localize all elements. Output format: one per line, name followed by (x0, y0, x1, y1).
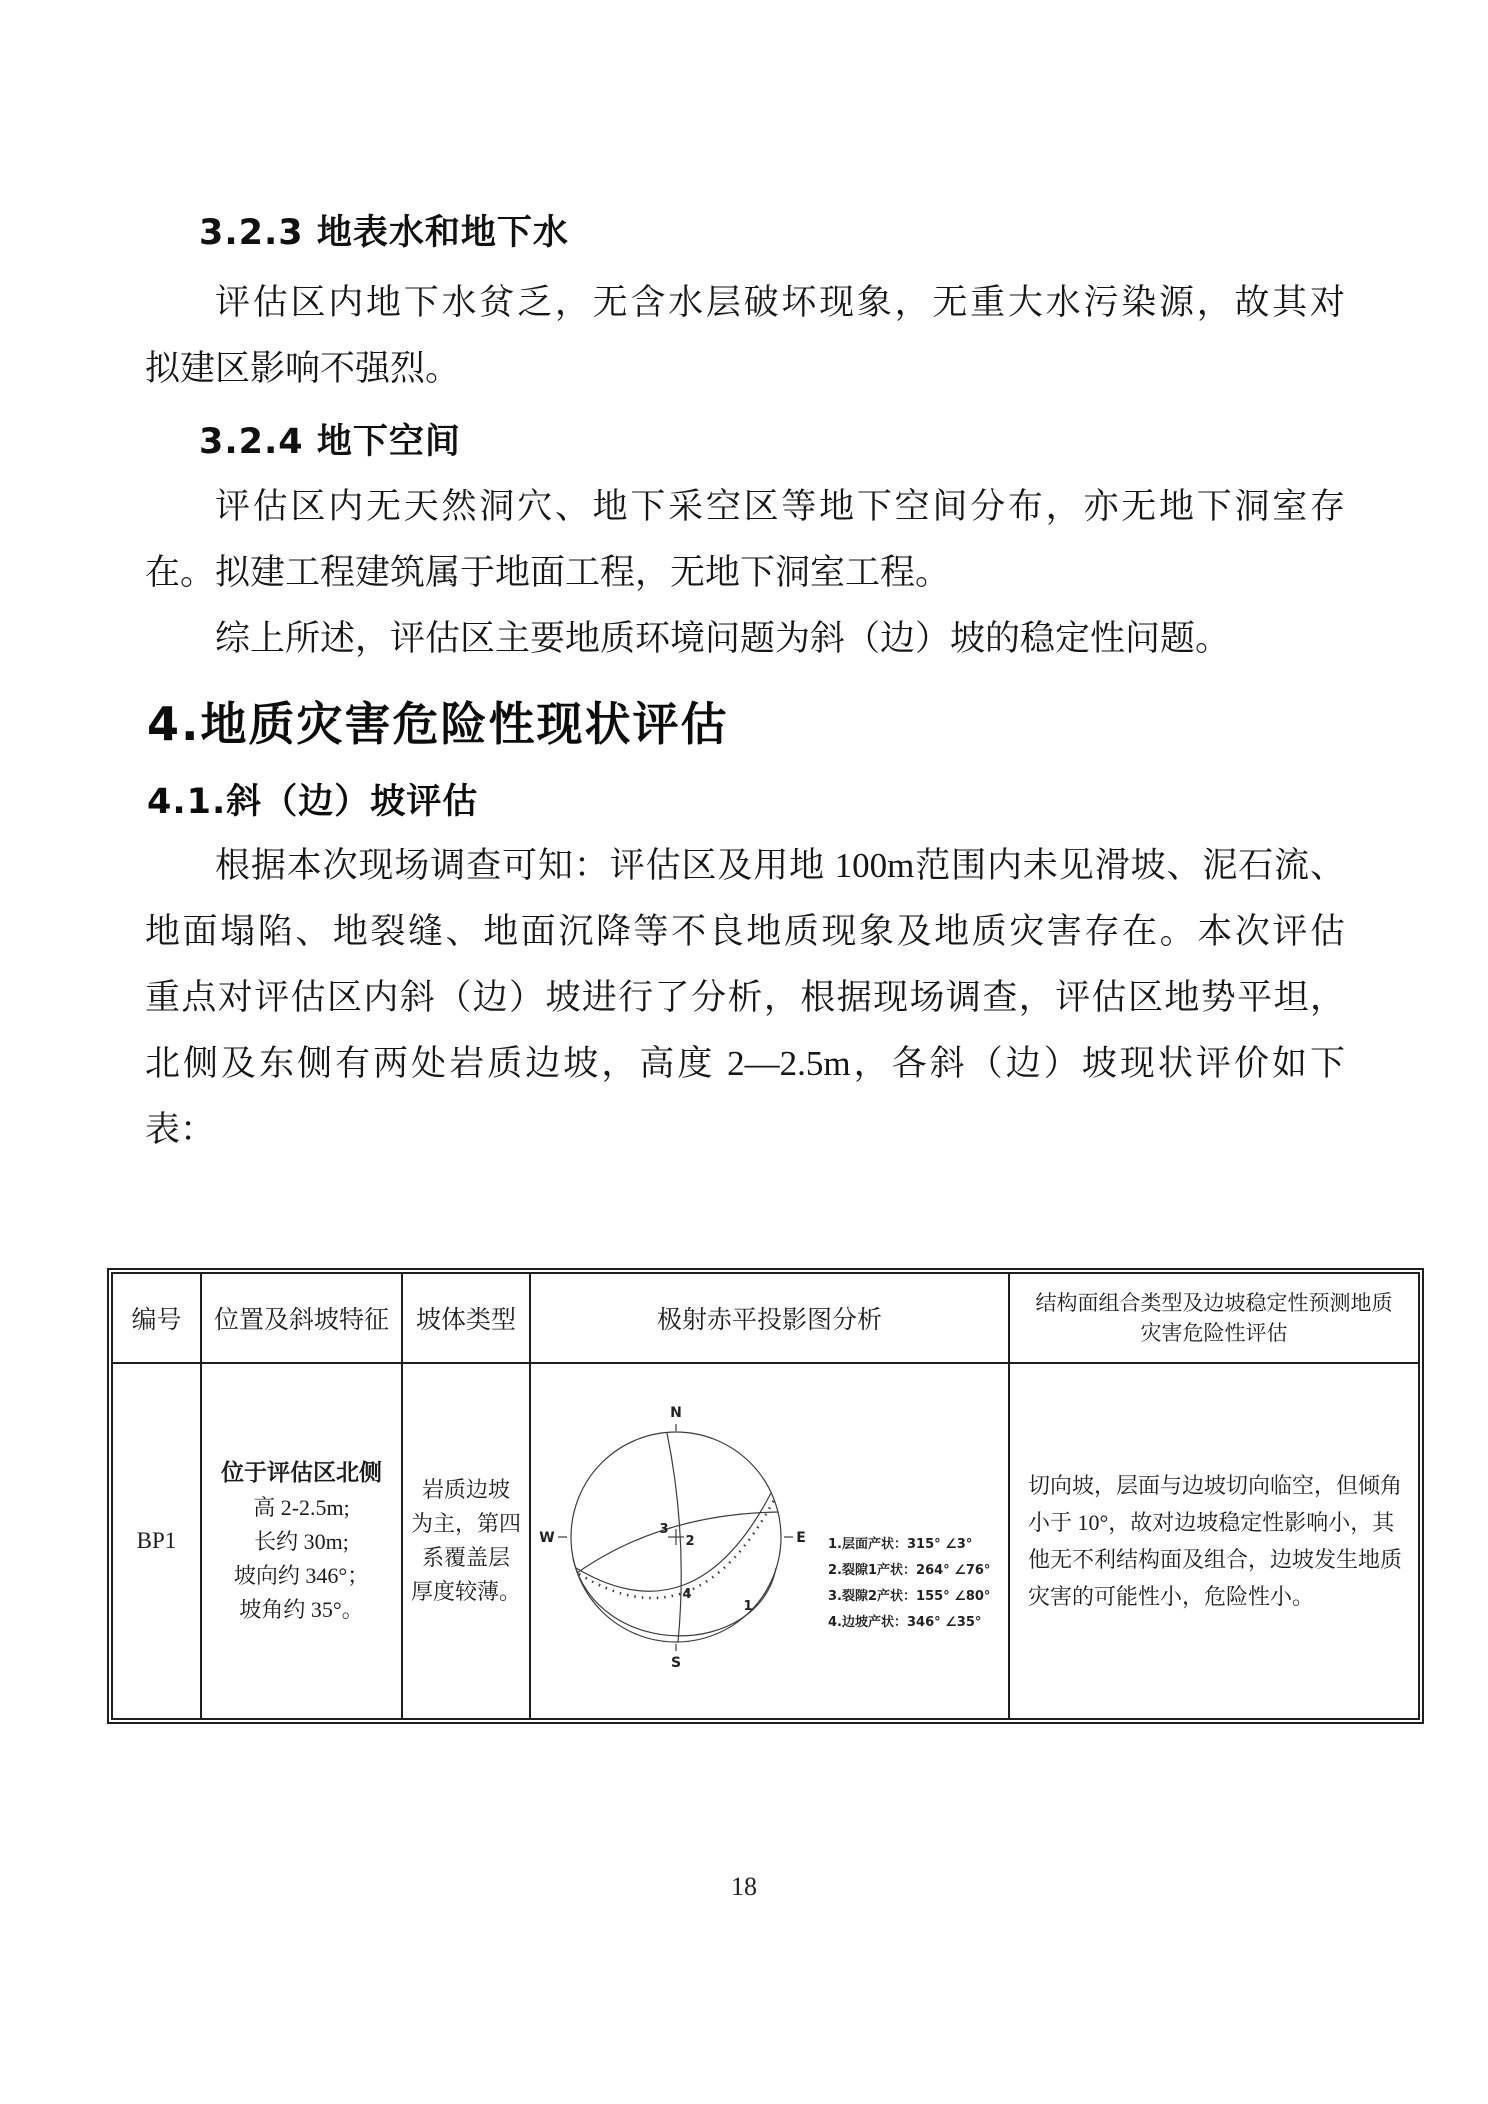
feature-title: 位于评估区北侧 (221, 1455, 382, 1491)
page-number: 18 (0, 1872, 1488, 1902)
pole-label-2: 2 (685, 1534, 694, 1549)
text-line: 为主，第四 (411, 1507, 521, 1541)
text-line: 地面塌陷、地裂缝、地面沉降等不良地质现象及地质灾害存在。本次评估 (145, 899, 1345, 965)
text-line: 评估区内无天然洞穴、地下采空区等地下空间分布，亦无地下洞室存 (145, 474, 1345, 540)
text-line: 系覆盖层 (422, 1541, 510, 1575)
paragraph-slope-survey: 根据本次现场调查可知：评估区及用地 100m范围内未见滑坡、泥石流、 地面塌陷、… (145, 833, 1345, 1163)
paragraph-surface-groundwater: 评估区内地下水贫乏，无含水层破坏现象，无重大水污染源，故其对 拟建区影响不强烈。 (145, 270, 1345, 402)
text-line: 高 2-2.5m; (253, 1491, 350, 1525)
text-line: 根据本次现场调查可知：评估区及用地 100m范围内未见滑坡、泥石流、 (145, 833, 1345, 899)
heading-3-2-3: 3.2.3 地表水和地下水 (199, 213, 569, 253)
stereonet-diagram: N S W E 3 2 4 1 1.层面产状：315° ∠3° 2.裂隙1产状：… (531, 1365, 1006, 1717)
paragraph-underground-space: 评估区内无天然洞穴、地下采空区等地下空间分布，亦无地下洞室存 在。拟建工程建筑属… (145, 474, 1345, 606)
col-header-slope-type: 坡体类型 (403, 1274, 531, 1364)
col-header-id: 编号 (113, 1274, 202, 1364)
pole-label-3: 3 (659, 1522, 668, 1537)
col-header-feature: 位置及斜坡特征 (202, 1274, 403, 1364)
cell-id: BP1 (113, 1364, 202, 1718)
plane-arc-bedding (573, 1559, 776, 1636)
document-page: 3.2.3 地表水和地下水 评估区内地下水贫乏，无含水层破坏现象，无重大水污染源… (0, 0, 1488, 2104)
compass-n-label: N (670, 1405, 682, 1421)
cell-assessment: 切向坡，层面与边坡切向临空，但倾角 小于 10°，故对边坡稳定性影响小，其 他无… (1010, 1364, 1418, 1718)
text-line: 坡角约 35°。 (239, 1593, 363, 1627)
text-line: 坡向约 346°； (234, 1559, 369, 1593)
table-header-row: 编号 位置及斜坡特征 坡体类型 极射赤平投影图分析 结构面组合类型及边坡稳定性预… (113, 1274, 1418, 1364)
paragraph-summary: 综上所述，评估区主要地质环境问题为斜（边）坡的稳定性问题。 (145, 606, 1345, 672)
text-line: 综上所述，评估区主要地质环境问题为斜（边）坡的稳定性问题。 (145, 606, 1345, 672)
cell-stereonet: N S W E 3 2 4 1 1.层面产状：315° ∠3° 2.裂隙1产状：… (531, 1364, 1010, 1718)
text-line: 他无不利结构面及组合，边坡发生地质 (1028, 1541, 1404, 1578)
text-line: 评估区内地下水贫乏，无含水层破坏现象，无重大水污染源，故其对 (145, 270, 1345, 336)
text-line: 北侧及东侧有两处岩质边坡，高度 2—2.5m，各斜（边）坡现状评价如下 (145, 1031, 1345, 1097)
compass-s-label: S (671, 1655, 681, 1671)
compass-w-label: W (539, 1530, 554, 1546)
text-line: 小于 10°，故对边坡稳定性影响小，其 (1028, 1504, 1404, 1541)
col-header-assessment: 结构面组合类型及边坡稳定性预测地质 灾害危险性评估 (1010, 1274, 1418, 1364)
heading-4: 4.地质灾害危险性现状评估 (147, 698, 728, 750)
pole-label-1: 1 (743, 1599, 752, 1614)
legend-line-joint1: 2.裂隙1产状：264° ∠76° (828, 1562, 990, 1578)
text-line: 重点对评估区内斜（边）坡进行了分析，根据现场调查，评估区地势平坦， (145, 965, 1345, 1031)
text-line: 长约 30m; (254, 1525, 349, 1559)
slope-assessment-table: 编号 位置及斜坡特征 坡体类型 极射赤平投影图分析 结构面组合类型及边坡稳定性预… (107, 1268, 1424, 1724)
compass-e-label: E (796, 1530, 806, 1546)
heading-4-1: 4.1.斜（边）坡评估 (147, 782, 478, 822)
legend-line-joint2: 3.裂隙2产状：155° ∠80° (828, 1588, 990, 1604)
row-id: BP1 (137, 1528, 177, 1554)
pole-label-4: 4 (682, 1587, 691, 1602)
plane-arc-joint2 (577, 1512, 778, 1573)
legend-line-bedding: 1.层面产状：315° ∠3° (828, 1536, 972, 1552)
cell-feature: 位于评估区北侧 高 2-2.5m; 长约 30m; 坡向约 346°； 坡角约 … (202, 1364, 403, 1718)
cell-slope-type: 岩质边坡 为主，第四 系覆盖层 厚度较薄。 (403, 1364, 531, 1718)
text-line: 灾害的可能性小，危险性小。 (1028, 1578, 1404, 1615)
text-line: 表： (145, 1097, 1345, 1163)
text-line: 在。拟建工程建筑属于地面工程，无地下洞室工程。 (145, 540, 1345, 606)
plane-arc-slope (576, 1493, 771, 1591)
legend-line-slope: 4.边坡产状：346° ∠35° (828, 1614, 981, 1630)
heading-3-2-4: 3.2.4 地下空间 (199, 422, 461, 462)
text-line: 结构面组合类型及边坡稳定性预测地质 (1010, 1288, 1418, 1318)
text-line: 切向坡，层面与边坡切向临空，但倾角 (1028, 1467, 1404, 1504)
text-line: 拟建区影响不强烈。 (145, 336, 1345, 402)
table-row-bp1: BP1 位于评估区北侧 高 2-2.5m; 长约 30m; 坡向约 346°； … (113, 1364, 1418, 1718)
text-line: 岩质边坡 (422, 1473, 510, 1507)
text-line: 厚度较薄。 (411, 1575, 521, 1609)
col-header-stereonet: 极射赤平投影图分析 (531, 1274, 1010, 1364)
text-line: 灾害危险性评估 (1010, 1318, 1418, 1348)
